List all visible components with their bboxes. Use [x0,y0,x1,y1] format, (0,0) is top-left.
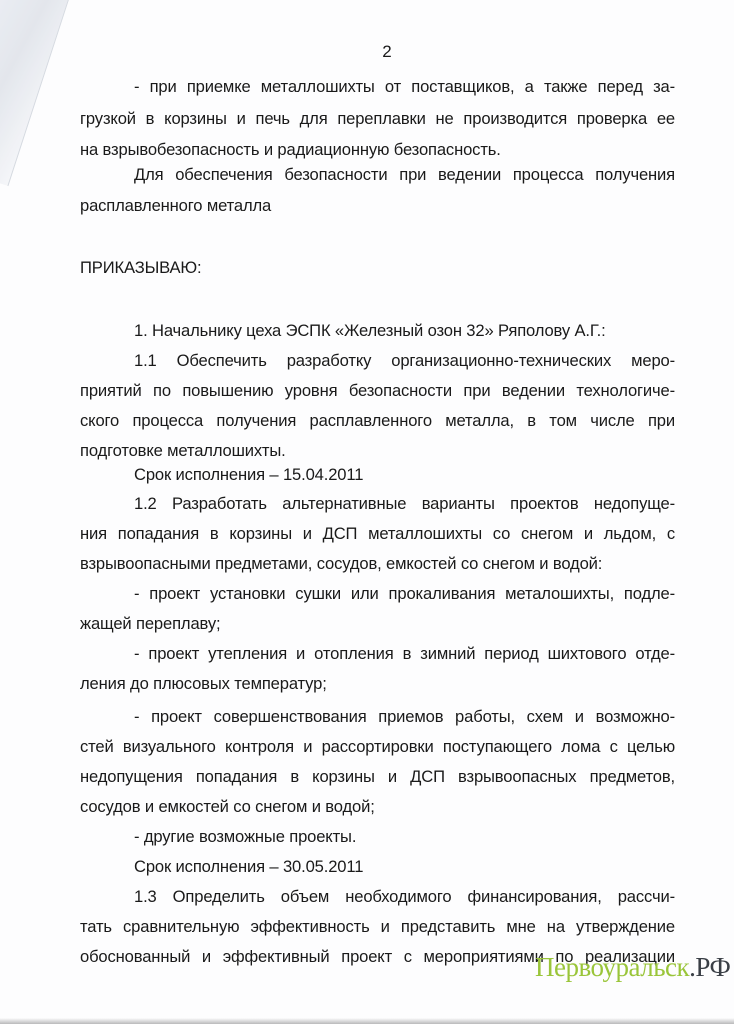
text-line: 1. Начальнику цеха ЭСПК «Железный озон 3… [80,321,675,341]
text-line: ния попадания в корзины и ДСП металлоших… [80,524,675,544]
text-line: 1.1 Обеспечить разработку организационно… [80,351,675,371]
text-line: - при приемке металлошихты от поставщико… [80,77,675,97]
text-line: - проект установки сушки или прокаливани… [80,584,675,604]
text-line: стей визуального контроля и рассортировк… [80,737,675,757]
text-line: ского процесса получения расплавленного … [80,411,675,431]
order-heading: ПРИКАЗЫВАЮ: [80,258,675,278]
text-line: сосудов и емкостей со снегом и водой; [80,797,675,817]
text-line: недопущения попадания в корзины и ДСП вз… [80,767,675,787]
deadline-line: Срок исполнения – 15.04.2011 [80,465,675,485]
text-line: тать сравнительную эффективность и предс… [80,917,675,937]
scanned-document-page: 2 - при приемке металлошихты от поставщи… [0,0,734,1024]
watermark-name: Первоуральск [535,952,689,982]
watermark-domain: .РФ [689,952,730,982]
text-line: 1.2 Разработать альтернативные варианты … [80,494,675,514]
text-line: подготовке металлошихты. [80,441,675,461]
text-line: грузкой в корзины и печь для переплавки … [80,109,675,129]
text-line: - проект совершенствования приемов работ… [80,707,675,727]
text-line: взрывоопасными предметами, сосудов, емко… [80,554,675,574]
text-line: - другие возможные проекты. [80,827,675,847]
text-line: на взрывобезопасность и радиационную без… [80,140,675,160]
text-line: Для обеспечения безопасности при ведении… [80,165,675,185]
text-line: - проект утепления и отопления в зимний … [80,644,675,664]
page-fold-shadow [0,0,70,186]
text-line: приятий по повышению уровня безопасности… [80,381,675,401]
text-line: ления до плюсовых температур; [80,674,675,694]
page-number: 2 [0,42,734,62]
site-watermark: Первоуральск.РФ [535,952,730,983]
text-line: расплавленного металла [80,196,675,216]
text-line: жащей переплаву; [80,614,675,634]
deadline-line: Срок исполнения – 30.05.2011 [80,857,675,877]
scan-edge-shadow [0,1018,734,1024]
text-line: 1.3 Определить объем необходимого финанс… [80,887,675,907]
